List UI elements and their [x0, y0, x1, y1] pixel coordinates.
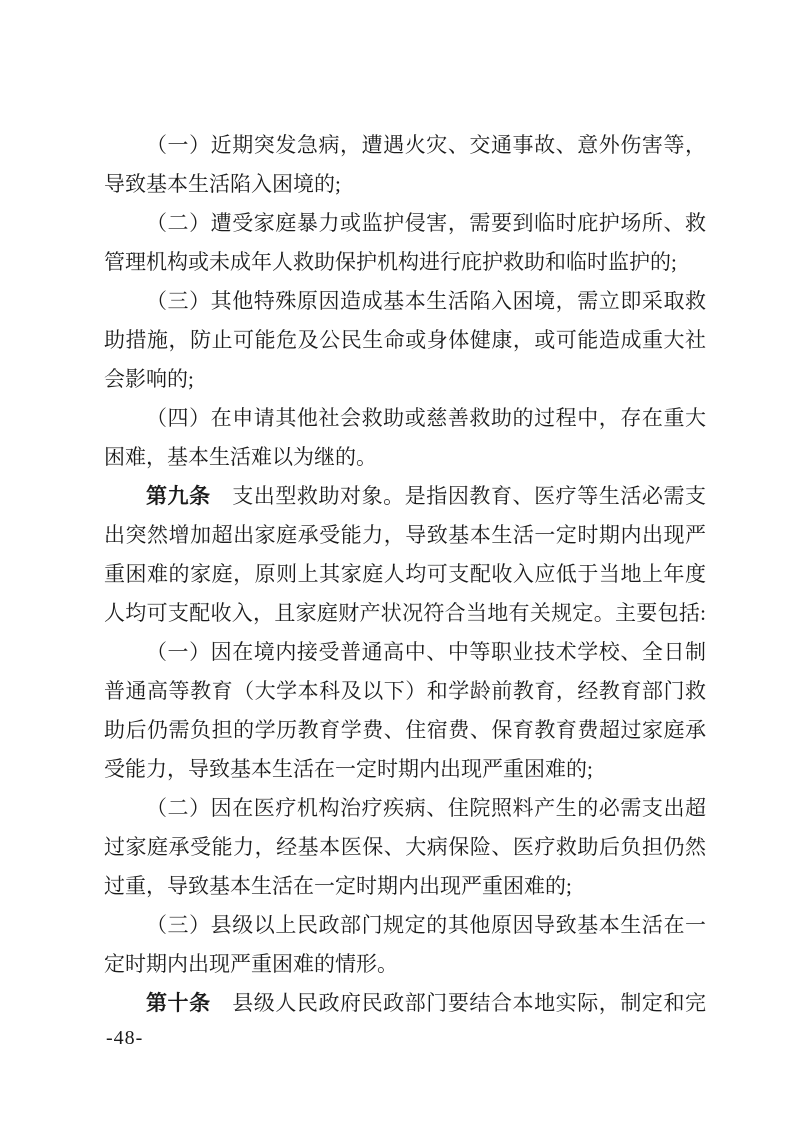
text-segment: 受能力，导致基本生活在一定时期内出现严重困难的;	[104, 757, 593, 781]
text-segment: 会影响的;	[104, 367, 194, 391]
text-line: 人均可支配收入，且家庭财产状况符合当地有关规定。主要包括:	[104, 594, 706, 633]
text-segment: （三）县级以上民政部门规定的其他原因导致基本生活在一	[146, 913, 706, 937]
text-segment: （一）近期突发急病，遭遇火灾、交通事故、意外伤害等，	[146, 133, 706, 157]
article-number: 第十条	[146, 991, 211, 1015]
text-segment: 支出型救助对象。是指因教育、医疗等生活必需支	[211, 484, 706, 508]
text-segment: 助后仍需负担的学历教育学费、住宿费、保育教育费超过家庭承	[104, 718, 706, 742]
text-line: 受能力，导致基本生活在一定时期内出现严重困难的;	[104, 750, 706, 789]
text-segment: 管理机构或未成年人救助保护机构进行庇护救助和临时监护的;	[104, 250, 677, 274]
text-segment: （一）因在境内接受普通高中、中等职业技术学校、全日制	[146, 640, 706, 664]
text-line: 会影响的;	[104, 360, 706, 399]
text-segment: 助措施，防止可能危及公民生命或身体健康，或可能造成重大社	[104, 328, 706, 352]
text-line: （一）因在境内接受普通高中、中等职业技术学校、全日制	[104, 633, 706, 672]
text-line: 过重，导致基本生活在一定时期内出现严重困难的;	[104, 867, 706, 906]
document-body: （一）近期突发急病，遭遇火灾、交通事故、意外伤害等，导致基本生活陷入困境的;（二…	[104, 126, 706, 1023]
text-line: 第十条 县级人民政府民政部门要结合本地实际，制定和完	[104, 984, 706, 1023]
article-number: 第九条	[146, 484, 211, 508]
text-line: 助后仍需负担的学历教育学费、住宿费、保育教育费超过家庭承	[104, 711, 706, 750]
text-line: 导致基本生活陷入困境的;	[104, 165, 706, 204]
text-line: 重困难的家庭，原则上其家庭人均可支配收入应低于当地上年度	[104, 555, 706, 594]
text-line: （三）县级以上民政部门规定的其他原因导致基本生活在一	[104, 906, 706, 945]
text-line: 管理机构或未成年人救助保护机构进行庇护救助和临时监护的;	[104, 243, 706, 282]
text-segment: （二）因在医疗机构治疗疾病、住院照料产生的必需支出超	[146, 796, 706, 820]
text-segment: 过家庭承受能力，经基本医保、大病保险、医疗救助后负担仍然	[104, 835, 706, 859]
text-line: （二）因在医疗机构治疗疾病、住院照料产生的必需支出超	[104, 789, 706, 828]
text-segment: 过重，导致基本生活在一定时期内出现严重困难的;	[104, 874, 572, 898]
text-line: （一）近期突发急病，遭遇火灾、交通事故、意外伤害等，	[104, 126, 706, 165]
text-line: （三）其他特殊原因造成基本生活陷入困境，需立即采取救	[104, 282, 706, 321]
document-page: （一）近期突发急病，遭遇火灾、交通事故、意外伤害等，导致基本生活陷入困境的;（二…	[0, 0, 793, 1122]
text-line: 普通高等教育（大学本科及以下）和学龄前教育，经教育部门救	[104, 672, 706, 711]
text-line: 第九条 支出型救助对象。是指因教育、医疗等生活必需支	[104, 477, 706, 516]
text-line: 助措施，防止可能危及公民生命或身体健康，或可能造成重大社	[104, 321, 706, 360]
text-segment: （三）其他特殊原因造成基本生活陷入困境，需立即采取救	[146, 289, 706, 313]
page-number: -48-	[106, 1026, 143, 1050]
text-line: 困难，基本生活难以为继的。	[104, 438, 706, 477]
text-segment: 县级人民政府民政部门要结合本地实际，制定和完	[211, 991, 706, 1015]
text-segment: 定时期内出现严重困难的情形。	[104, 952, 398, 976]
text-line: 定时期内出现严重困难的情形。	[104, 945, 706, 984]
text-segment: （二）遭受家庭暴力或监护侵害，需要到临时庇护场所、救助	[104, 211, 706, 243]
text-line: （四）在申请其他社会救助或慈善救助的过程中，存在重大	[104, 399, 706, 438]
text-line: 出突然增加超出家庭承受能力，导致基本生活一定时期内出现严	[104, 516, 706, 555]
text-line: 过家庭承受能力，经基本医保、大病保险、医疗救助后负担仍然	[104, 828, 706, 867]
text-segment: 普通高等教育（大学本科及以下）和学龄前教育，经教育部门救	[104, 679, 706, 703]
text-segment: 人均可支配收入，且家庭财产状况符合当地有关规定。主要包括:	[104, 601, 706, 625]
text-segment: 出突然增加超出家庭承受能力，导致基本生活一定时期内出现严	[104, 523, 706, 547]
text-segment: 导致基本生活陷入困境的;	[104, 172, 341, 196]
text-segment: 困难，基本生活难以为继的。	[104, 445, 377, 469]
text-segment: （四）在申请其他社会救助或慈善救助的过程中，存在重大	[146, 406, 706, 430]
text-line: （二）遭受家庭暴力或监护侵害，需要到临时庇护场所、救助	[104, 204, 706, 243]
text-segment: 重困难的家庭，原则上其家庭人均可支配收入应低于当地上年度	[104, 562, 706, 586]
